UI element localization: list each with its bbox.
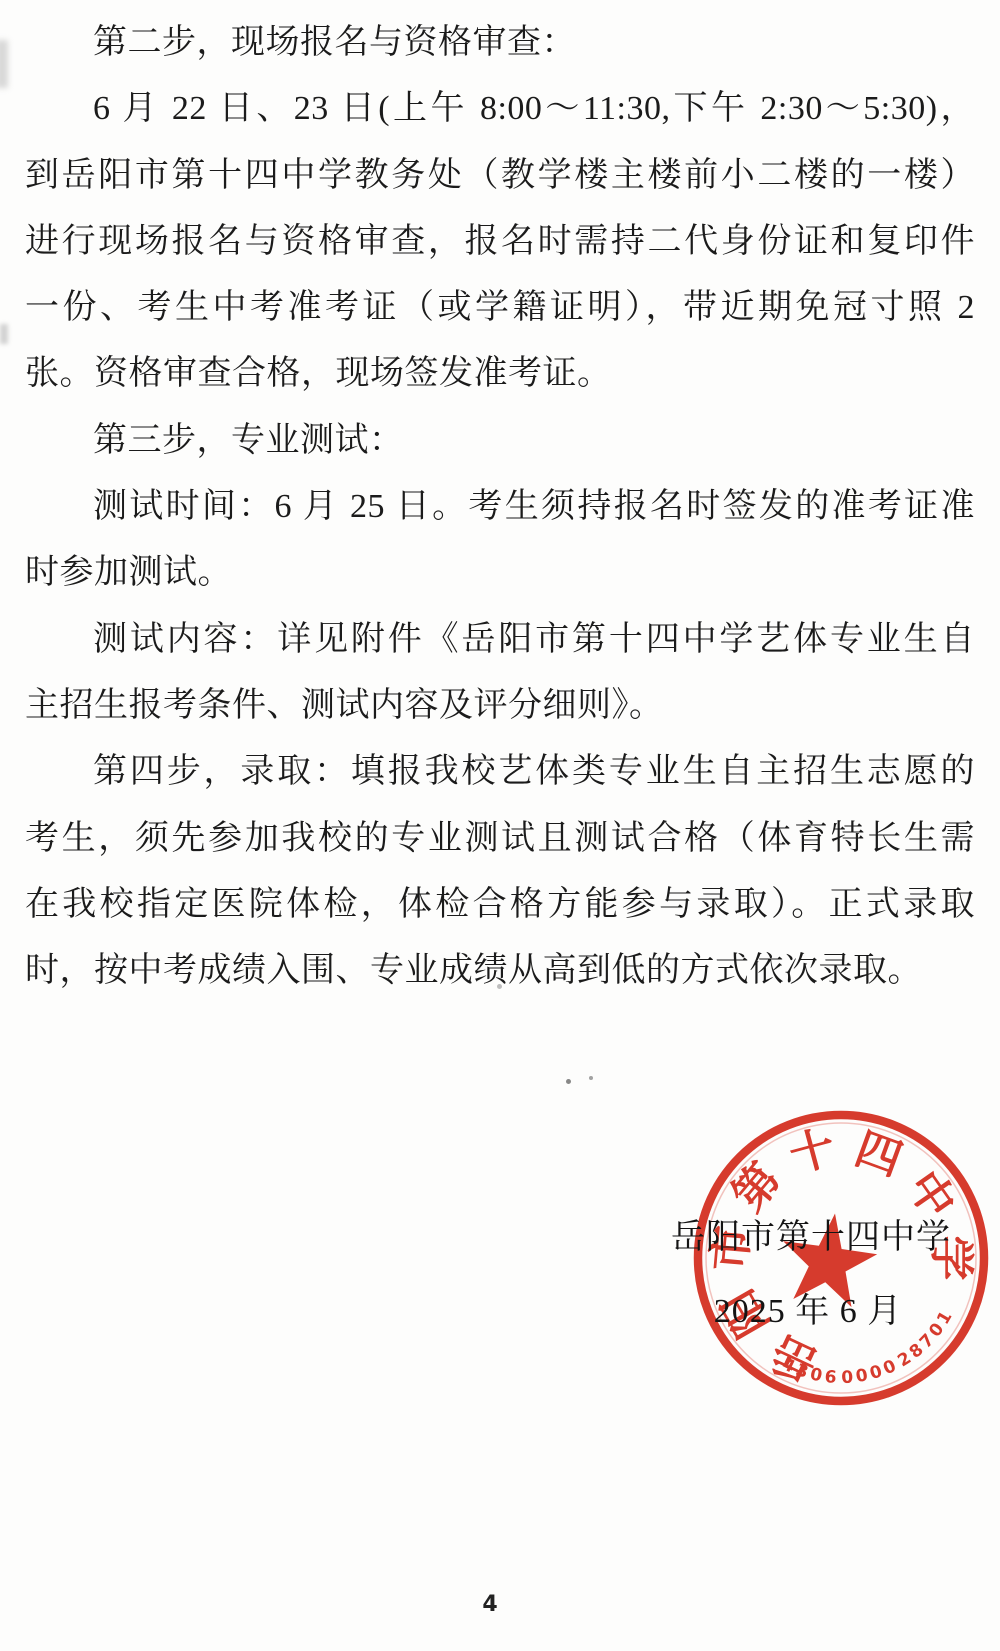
seal-serial-digit: 0 <box>854 1365 869 1387</box>
document-line: 第三步，专业测试： <box>25 408 975 474</box>
seal-char: 十 <box>784 1122 840 1182</box>
scan-speck <box>566 1079 571 1084</box>
seal-serial-digit: 6 <box>824 1367 838 1388</box>
document-line: 第四步，录取：填报我校艺体类专业生自主招生志愿的 <box>25 739 975 805</box>
seal-serial-digit: 0 <box>841 1368 854 1389</box>
document-line: 张。资格审查合格，现场签发准考证。 <box>25 341 975 407</box>
scan-smudge <box>0 324 8 344</box>
scan-smudge <box>0 40 8 88</box>
document-line: 时参加测试。 <box>25 540 975 606</box>
scan-speck <box>497 984 502 989</box>
document-line: 一份、考生中考准考证（或学籍证明），带近期免冠寸照 2 <box>25 275 975 341</box>
document-line: 进行现场报名与资格审查，报名时需持二代身份证和复印件 <box>25 209 975 275</box>
seal-char: 四 <box>849 1123 908 1185</box>
document-line: 到岳阳市第十四中学教务处（教学楼主楼前小二楼的一楼） <box>25 143 975 209</box>
signature-date: 2025 年 6 月 <box>658 1290 958 1334</box>
document-line: 在我校指定医院体检，体检合格方能参与录取）。正式录取 <box>25 872 975 938</box>
document-line: 第二步，现场报名与资格审查： <box>25 10 975 76</box>
scan-speck <box>589 1076 593 1080</box>
document-line: 6 月 22 日、23 日(上午 8:00～11:30,下午 2:30～5:30… <box>25 76 975 142</box>
document-line: 考生，须先参加我校的专业测试且测试合格（体育特长生需 <box>25 806 975 872</box>
document-line: 主招生报考条件、测试内容及评分细则》。 <box>25 673 975 739</box>
document-line: 时，按中考成绩入围、专业成绩从高到低的方式依次录取。 <box>25 938 975 1004</box>
page-number: 4 <box>0 1592 980 1617</box>
document-body: 第二步，现场报名与资格审查： 6 月 22 日、23 日(上午 8:00～11:… <box>25 10 975 1004</box>
signature-school-name: 岳阳市第十四中学 <box>661 1216 961 1260</box>
document-line: 测试内容：详见附件《岳阳市第十四中学艺体专业生自 <box>25 607 975 673</box>
document-line: 测试时间：6 月 25 日。考生须持报名时签发的准考证准 <box>25 474 975 540</box>
